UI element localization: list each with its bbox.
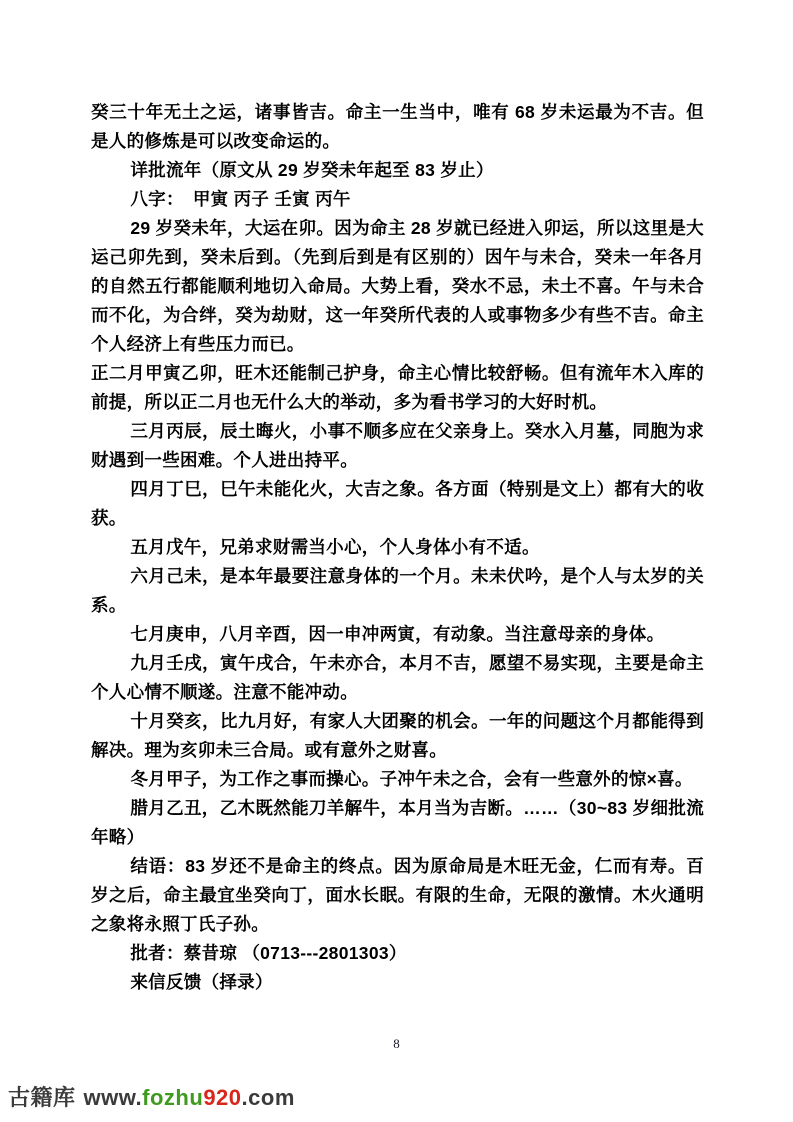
watermark: 古籍库www.fozhu920.com [8, 1081, 295, 1112]
paragraph-month5: 五月戊午，兄弟求财需当小心，个人身体小有不适。 [91, 533, 704, 562]
watermark-url-tld: .com [242, 1085, 295, 1110]
paragraph-liunian-title: 详批流年（原文从 29 岁癸未年起至 83 岁止） [91, 156, 704, 185]
watermark-url-digits: 920 [203, 1085, 241, 1110]
paragraph-conclusion: 结语：83 岁还不是命主的终点。因为原命局是木旺无金，仁而有寿。百岁之后，命主最… [91, 852, 704, 939]
paragraph-month1-2: 正二月甲寅乙卯，旺木还能制己护身，命主心情比较舒畅。但有流年木入库的前提，所以正… [91, 359, 704, 417]
page-number: 8 [0, 1036, 793, 1052]
paragraph-month9: 九月壬戌，寅午戌合，午未亦合，本月不吉，愿望不易实现，主要是命主个人心情不顺遂。… [91, 649, 704, 707]
paragraph-bazi-pillars: 八字： 甲寅 丙子 壬寅 丙午 [91, 185, 704, 214]
paragraph-continuation: 癸三十年无土之运，诸事皆吉。命主一生当中，唯有 68 岁未运最为不吉。但是人的修… [91, 98, 704, 156]
paragraph-month11: 冬月甲子，为工作之事而操心。子冲午未之合，会有一些意外的惊×喜。 [91, 765, 704, 794]
paragraph-month12: 腊月乙丑，乙木既然能刀羊解牛，本月当为吉断。……（30~83 岁细批流年略） [91, 794, 704, 852]
paragraph-month6: 六月己未，是本年最要注意身体的一个月。未未伏吟，是个人与太岁的关系。 [91, 562, 704, 620]
paragraph-feedback-title: 来信反馈（择录） [91, 968, 704, 997]
paragraph-age29: 29 岁癸未年，大运在卯。因为命主 28 岁就已经进入卯运，所以这里是大运己卯先… [91, 214, 704, 359]
paragraph-month4: 四月丁巳，巳午未能化火，大吉之象。各方面（特别是文上）都有大的收获。 [91, 475, 704, 533]
paragraph-month7-8: 七月庚申，八月辛酉，因一申冲两寅，有动象。当注意母亲的身体。 [91, 620, 704, 649]
watermark-url-www: www. [84, 1085, 143, 1110]
document-body: 癸三十年无土之运，诸事皆吉。命主一生当中，唯有 68 岁未运最为不吉。但是人的修… [91, 98, 704, 997]
document-page: 癸三十年无土之运，诸事皆吉。命主一生当中，唯有 68 岁未运最为不吉。但是人的修… [0, 0, 793, 1122]
paragraph-annotator: 批者：蔡昔琼 （0713---2801303） [91, 939, 704, 968]
paragraph-month10: 十月癸亥，比九月好，有家人大团聚的机会。一年的问题这个月都能得到解决。理为亥卯未… [91, 707, 704, 765]
watermark-brand: 古籍库 [8, 1085, 76, 1110]
paragraph-month3: 三月丙辰，辰土晦火，小事不顺多应在父亲身上。癸水入月墓，同胞为求财遇到一些困难。… [91, 417, 704, 475]
watermark-url-name: fozhu [142, 1085, 203, 1110]
